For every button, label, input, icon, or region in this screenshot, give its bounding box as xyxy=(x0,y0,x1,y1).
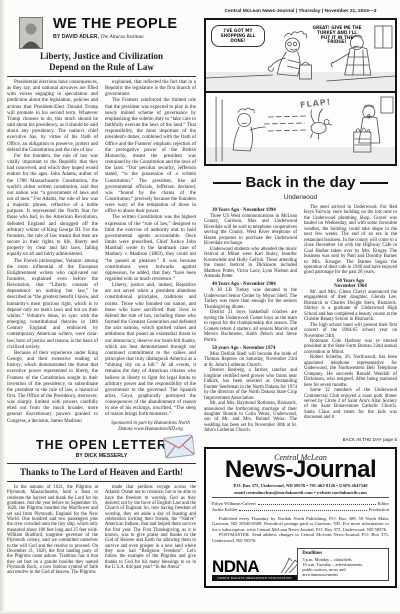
paragraph: A 30 LB Turkey was donated to the Underw… xyxy=(204,288,297,310)
paragraph: The steel arrived in Underwood. For Red … xyxy=(304,205,397,276)
ndna-logo: NDNA NORTH DAKOTA NEWSPAPER ASSOCIATION xyxy=(212,559,297,581)
left-page-column: WE THE PEOPLE BY DAVID ADLER, The Altura… xyxy=(7,0,196,576)
open-letter-headline: Thanks to The Lord of Heaven and Earth! xyxy=(7,467,196,477)
open-letter-section: THE OPEN LETTER BY DICK MESSERLY Thanks … xyxy=(7,438,196,576)
envelope-icon xyxy=(163,433,196,459)
era-heading: 30 Years Ago - November 1994 xyxy=(204,208,297,213)
paragraph: Miss Delilah Shell will become the bride… xyxy=(204,352,297,368)
deadlines-box: Deadlines 3 p.m. Monday – classifieds 10… xyxy=(297,548,389,580)
back-in-the-day-header: Back in the day xyxy=(204,174,397,191)
column-title: WE THE PEOPLE xyxy=(53,16,196,32)
paragraph: Mr. and Mrs. Raymond Rothman, Bismarck, … xyxy=(204,401,297,434)
speech-bubble-right: GREAT! GIVE ME THE TURKEY AND I'LL PUT I… xyxy=(312,26,362,45)
paragraph: Robert Scherba, 26, Northwood, has been … xyxy=(304,355,397,388)
era-heading: 50 years Ago - November 1974 xyxy=(204,346,297,351)
bitd-column-2: The steel arrived in Underwood. For Red … xyxy=(304,205,397,434)
page-scan-edge-left xyxy=(0,0,5,614)
article-headline: Liberty, Justice and Civilization Depend… xyxy=(7,51,196,72)
section-subtitle: Underwood xyxy=(204,194,397,201)
letter-column-2: made that perilous voyage across the Atl… xyxy=(105,485,196,576)
we-the-people-header: WE THE PEOPLE BY DAVID ADLER, The Altura… xyxy=(7,16,196,48)
paragraph: The high school band will present their … xyxy=(304,323,397,339)
bitd-column-1: 30 Years Ago - November 1994 Three US We… xyxy=(204,205,297,434)
section-title: Back in the day xyxy=(245,174,355,191)
dot-leader xyxy=(239,510,366,511)
masthead-address: P.O. Box 375, Underwood, ND 58576 • 701-… xyxy=(212,483,389,488)
paragraph: The Framers reinforced the limited role … xyxy=(105,98,196,215)
paragraph: Robinson Cole Harbour was re elected pre… xyxy=(304,339,397,355)
paragraph: Because of their experience under King G… xyxy=(7,351,98,425)
paragraph: The written Constitution was the highest… xyxy=(105,215,196,283)
page-header-folio: Central McLean News-Journal | Thursday |… xyxy=(204,9,397,14)
open-letter-body: In the autumn of 1621, the Pilgrims at P… xyxy=(7,485,196,576)
divider xyxy=(212,497,389,498)
paragraph: Some 22 members of the Underwood Commerc… xyxy=(304,388,397,421)
divider xyxy=(7,76,196,77)
divider xyxy=(7,463,196,464)
cartoon-panel-2: FLAP! xyxy=(206,93,395,164)
we-the-people-body: Presidential elections have consequences… xyxy=(7,80,196,433)
sponsor-note: Sponsored in part by Humanities North Da… xyxy=(105,421,196,433)
continued-on-page-note: BACK IN THE DAY page 5 xyxy=(204,437,397,442)
divider xyxy=(213,182,241,184)
divider xyxy=(7,481,196,482)
staff-role: Production xyxy=(369,507,389,513)
cartoon-panel-1: I'VE GOT MY SHOPPING ALL DONE! GREAT! GI… xyxy=(206,20,395,93)
paragraph: For the founders, the rule of law was vi… xyxy=(7,154,98,259)
paragraph: The French philosopher, Voltaire, among … xyxy=(7,259,98,351)
paragraph: Denver Rosberg, a farmer, rancher and lo… xyxy=(204,368,297,401)
article-column-2: explained, that reflected the fact that … xyxy=(105,80,196,433)
masthead-contact: email centralmclean@nordaknorth.com • we… xyxy=(212,490,389,495)
column-byline: BY DAVID ADLER, The Alturas Institute xyxy=(53,34,196,40)
back-in-the-day-body: 30 Years Ago - November 1994 Three US We… xyxy=(204,205,397,434)
staff-row: Jackie Kohler Production xyxy=(212,507,389,513)
right-page-column: Central McLean News-Journal | Thursday |… xyxy=(204,0,397,588)
paragraph: Liberty, justice and, indeed, Republics … xyxy=(105,283,196,418)
byline-organization: The Alturas Institute xyxy=(100,34,143,40)
article-column-1: Presidential elections have consequences… xyxy=(7,80,98,433)
masthead-footer: NDNA NORTH DAKOTA NEWSPAPER ASSOCIATION … xyxy=(212,548,389,580)
publication-info: Published every Thursday by Nordak North… xyxy=(212,516,389,533)
paragraph: Mr. and Mrs. Glenn Cheryl announced the … xyxy=(304,290,397,323)
paragraph: In the autumn of 1621, the Pilgrims at P… xyxy=(7,485,98,576)
paragraph: Presidential elections have consequences… xyxy=(7,80,98,154)
editorial-cartoon: I'VE GOT MY SHOPPING ALL DONE! GREAT! GI… xyxy=(204,18,397,166)
staff-name: Jackie Kohler xyxy=(212,507,237,513)
deadline-line: area announcements xyxy=(302,572,384,577)
author-portrait-photo xyxy=(19,17,43,49)
masthead-box: Central McLean News-Journal P.O. Box 375… xyxy=(204,447,397,588)
paragraph: District 21 boys basketball coaches are … xyxy=(204,310,297,343)
ndna-acronym: NDNA xyxy=(212,559,297,574)
newspaper-page: { "page_header": "Central McLean News-Jo… xyxy=(0,0,400,614)
era-heading-line2: November 1964 xyxy=(304,284,397,289)
dot-leader xyxy=(258,504,376,505)
byline-author: BY DAVID ADLER, xyxy=(53,34,99,40)
paragraph: Underwood students who attended the musi… xyxy=(204,247,297,280)
masthead-name: News-Journal xyxy=(212,459,389,481)
paragraph: Three US West communications in McLean C… xyxy=(204,214,297,247)
divider xyxy=(360,182,388,184)
speech-bubble-left: I'VE GOT MY SHOPPING ALL DONE! xyxy=(211,25,265,47)
wheat-icon xyxy=(277,557,299,573)
postmaster-info: POSTMASTER: Send address changes to Cent… xyxy=(212,532,389,543)
letter-column-1: In the autumn of 1621, the Pilgrims at P… xyxy=(7,485,98,576)
paragraph: made that perilous voyage across the Atl… xyxy=(105,485,196,571)
paragraph: explained, that reflected the fact that … xyxy=(105,80,196,98)
era-heading: 40 Years Ago - November 1984 xyxy=(204,282,297,287)
